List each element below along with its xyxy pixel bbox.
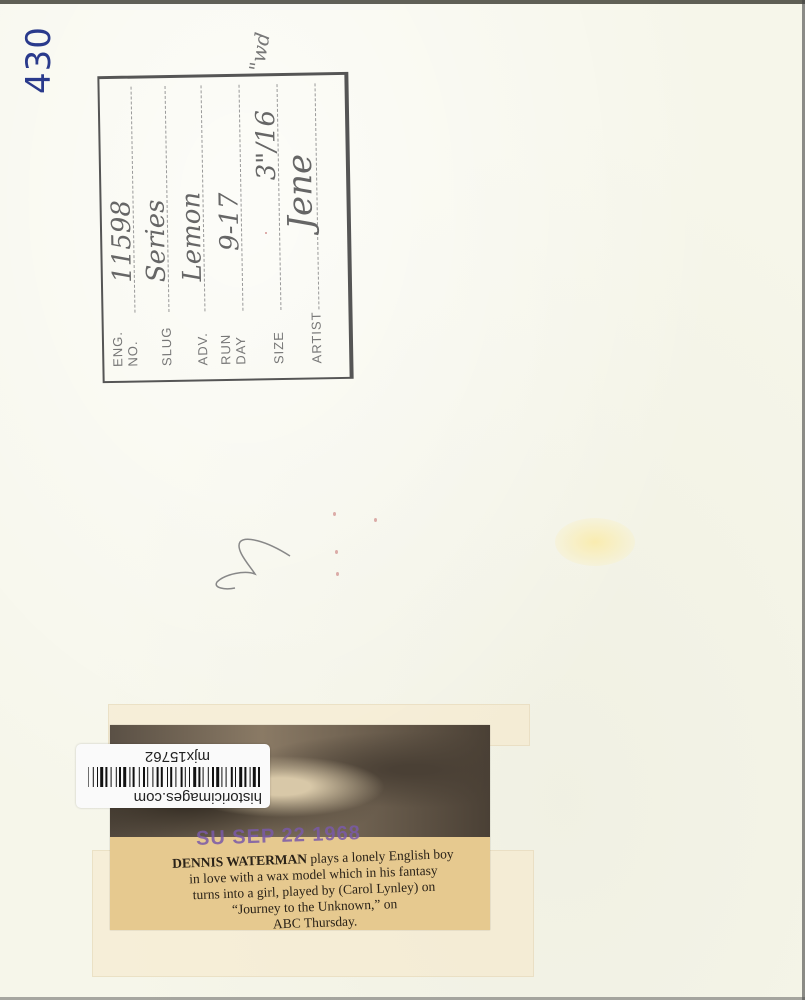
stamp-value: 9-17 xyxy=(214,192,245,251)
stamp-label: ENG. NO. xyxy=(109,313,140,368)
stamp-row-eng-no: ENG. NO. 11598 xyxy=(106,87,141,367)
stamp-value: 3"/16 xyxy=(251,110,282,181)
clipping-caption: DENNIS WATERMAN plays a lonely English b… xyxy=(147,845,482,937)
stamp-label: SIZE xyxy=(270,310,286,364)
speck xyxy=(335,550,338,554)
date-stamp: SU SEP 22 1968 xyxy=(196,822,362,851)
speck xyxy=(333,512,336,516)
stain xyxy=(555,518,635,566)
stamp-value: Lemon xyxy=(176,192,208,282)
stamp-value: Jene xyxy=(280,154,321,230)
pen-note: 430 xyxy=(19,25,59,95)
barcode-code: mjx15762 xyxy=(145,748,210,765)
stamp-value: Series xyxy=(141,199,172,282)
stamp-row-adv: ADV. Lemon xyxy=(176,85,211,365)
stamp-row-slug: SLUG Series xyxy=(140,86,175,366)
stamp-label: ADV. xyxy=(194,311,210,365)
stamp-value: 11598 xyxy=(107,200,138,283)
pencil-squiggle xyxy=(205,536,295,596)
barcode-icon xyxy=(88,767,260,787)
speck xyxy=(374,518,377,522)
scan-edge-top xyxy=(0,0,805,4)
barcode-label: historicimages.com mjx15762 xyxy=(76,744,270,808)
stamp-row-run-day: RUN DAY 9-17 xyxy=(214,85,249,365)
stamp-label: RUN DAY xyxy=(217,311,248,366)
stamp-label: SLUG xyxy=(158,312,174,366)
stamp-row-artist: ARTIST Jene xyxy=(290,83,325,363)
speck xyxy=(265,232,267,234)
barcode-site: historicimages.com xyxy=(134,789,262,806)
stamp-label: ARTIST xyxy=(308,309,324,363)
caption-line: ABC Thursday. xyxy=(273,914,358,932)
form-stamp: ENG. NO. 11598 SLUG Series ADV. Lemon RU… xyxy=(97,72,353,383)
speck xyxy=(336,572,339,576)
